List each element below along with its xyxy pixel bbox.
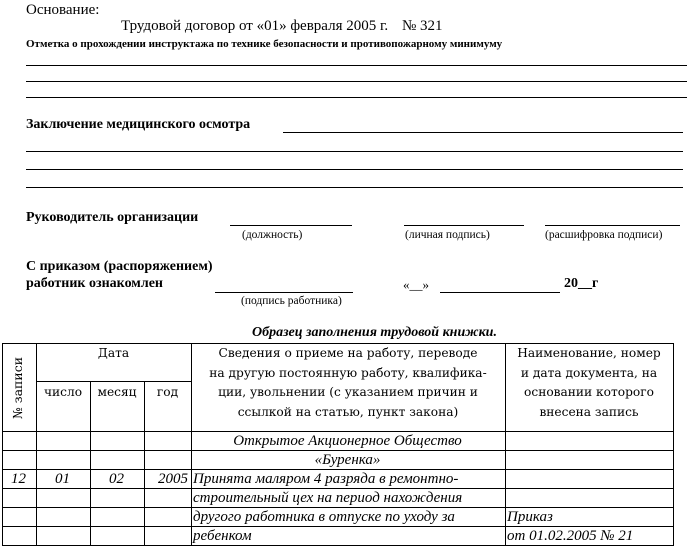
contract-number: № 321 — [402, 18, 443, 35]
signature-caption: (личная подпись) — [405, 229, 490, 241]
sample-title: Образец заполнения трудовой книжки. — [252, 325, 497, 341]
employee-signature-caption: (подпись работника) — [241, 295, 342, 307]
position-line[interactable] — [230, 225, 352, 226]
header-record-no: № записи — [10, 344, 28, 432]
head-label: Руководитель организации — [26, 210, 198, 226]
medical-line-0[interactable] — [283, 132, 683, 133]
sample-title-text: Образец заполнения трудовой книжки — [252, 325, 493, 340]
date-month-line[interactable] — [440, 292, 560, 293]
basis-label: Основание: — [26, 2, 99, 19]
header-day: число — [36, 383, 90, 402]
cell-info: ребенком — [193, 527, 502, 545]
header-document-line: внесена запись — [505, 403, 673, 423]
cell-doc: Приказ — [507, 508, 670, 526]
contract-reference: Трудовой договор от «01» февраля 2005 г. — [121, 18, 388, 35]
medical-line-3[interactable] — [26, 187, 683, 188]
cell-info: строительный цех на период нахождения — [193, 489, 502, 507]
ack-line-2: работник ознакомлен — [26, 276, 163, 292]
medical-label: Заключение медицинского осмотра — [26, 117, 250, 133]
ack-line-1: С приказом (распоряжением) — [26, 259, 213, 275]
cell-info: другого работника в отпуске по уходу за — [193, 508, 502, 526]
cell-info: «Буренка» — [193, 451, 502, 469]
header-info: Сведения о приеме на работу, переводе на… — [191, 344, 505, 422]
signature-decode-caption: (расшифровка подписи) — [545, 229, 662, 241]
briefing-line-2[interactable] — [26, 81, 687, 82]
cell-info: Принята маляром 4 разряда в ремонтно- — [193, 470, 502, 488]
header-document-line: и дата документа, на — [505, 364, 673, 384]
briefing-line-1[interactable] — [26, 65, 687, 66]
cell-no: 12 — [4, 470, 33, 488]
date-year-field[interactable]: 20__г — [564, 276, 598, 292]
header-info-line: ссылкой на статью, пункт закона) — [191, 403, 505, 423]
cell-info: Открытое Акционерное Общество — [193, 432, 502, 450]
header-document-line: Наименование, номер — [505, 344, 673, 364]
medical-line-2[interactable] — [26, 169, 683, 170]
briefing-line-3[interactable] — [26, 97, 687, 98]
medical-line-1[interactable] — [26, 151, 683, 152]
briefing-label: Отметка о прохождении инструктажа по тех… — [26, 38, 502, 50]
date-day-field[interactable]: «__» — [403, 277, 429, 293]
cell-month: 02 — [92, 470, 141, 488]
header-document: Наименование, номер и дата документа, на… — [505, 344, 673, 422]
header-document-line: основании которого — [505, 383, 673, 403]
header-info-line: Сведения о приеме на работу, переводе — [191, 344, 505, 364]
signature-line[interactable] — [404, 225, 524, 226]
header-date: Дата — [36, 344, 191, 363]
cell-year: 2005 — [146, 470, 188, 488]
position-caption: (должность) — [242, 229, 302, 241]
employee-signature-line[interactable] — [215, 292, 353, 293]
header-month: месяц — [90, 383, 144, 402]
header-year: год — [144, 383, 191, 402]
sample-title-dot: . — [493, 325, 497, 340]
cell-doc: от 01.02.2005 № 21 — [507, 527, 670, 545]
header-info-line: на другую постоянную работу, квалифика- — [191, 364, 505, 384]
signature-decode-line[interactable] — [545, 225, 680, 226]
employment-record-table: № записи Дата число месяц год Сведения о… — [2, 343, 674, 546]
cell-day: 01 — [38, 470, 87, 488]
header-info-line: ции, увольнении (с указанием причин и — [191, 383, 505, 403]
